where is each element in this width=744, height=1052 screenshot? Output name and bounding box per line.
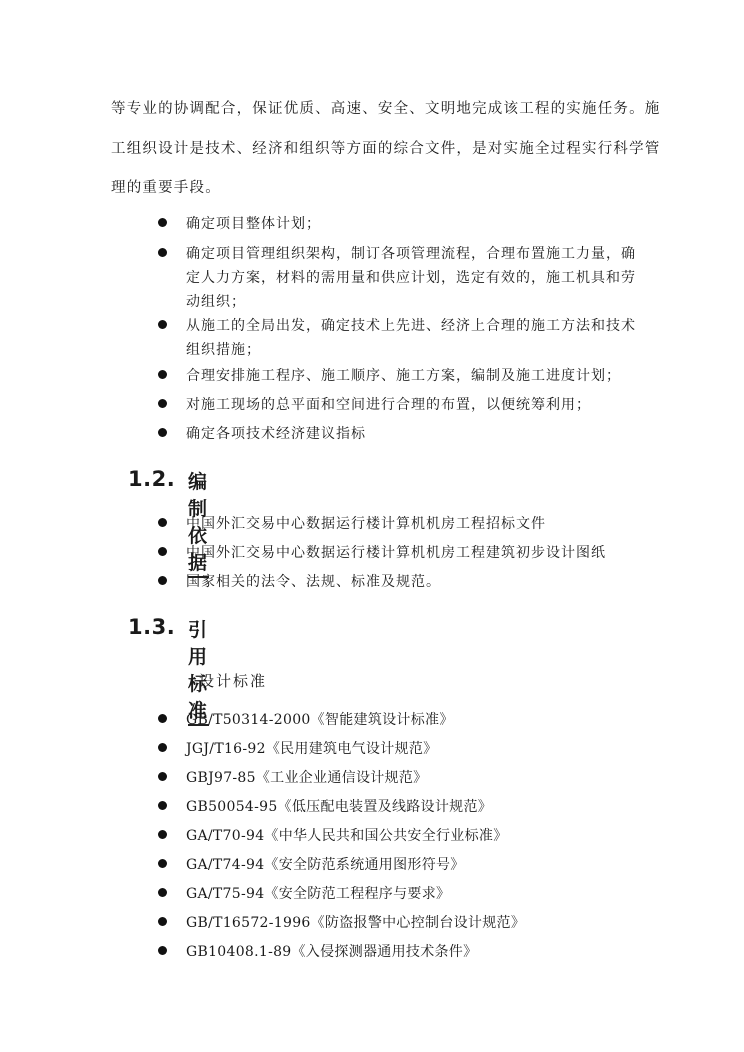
subheading-design-standards: 设计标准 [199,670,267,691]
bullet-icon [158,830,167,839]
intro-line-2: 工组织设计是技术、经济和组织等方面的综合文件，是对实施全过程实行科学管 [111,137,636,158]
bullet-icon [158,888,167,897]
bullet-icon [158,714,167,723]
bullet-icon [158,370,167,379]
bullet-icon [158,743,167,752]
bullet-icon [158,772,167,781]
bullet-icon [158,801,167,810]
bullet-icon [158,428,167,437]
bullet-icon [158,518,167,527]
bullet-icon [158,399,167,408]
document-page: 等专业的协调配合，保证优质、高速、安全、文明地完成该工程的实施任务。施 工组织设… [0,0,744,1052]
bullet-icon [158,547,167,556]
section-number: 1.3. [128,615,175,639]
bullet-icon [158,859,167,868]
bullet-icon [158,946,167,955]
bullet-icon [158,248,167,257]
bullet-icon [158,218,167,227]
bullet-icon [158,320,167,329]
bullet-icon [158,576,167,585]
intro-line-3: 理的重要手段。 [111,176,636,197]
bullet-icon [158,917,167,926]
intro-line-1: 等专业的协调配合，保证优质、高速、安全、文明地完成该工程的实施任务。施 [111,97,636,118]
section-number: 1.2. [128,467,175,491]
